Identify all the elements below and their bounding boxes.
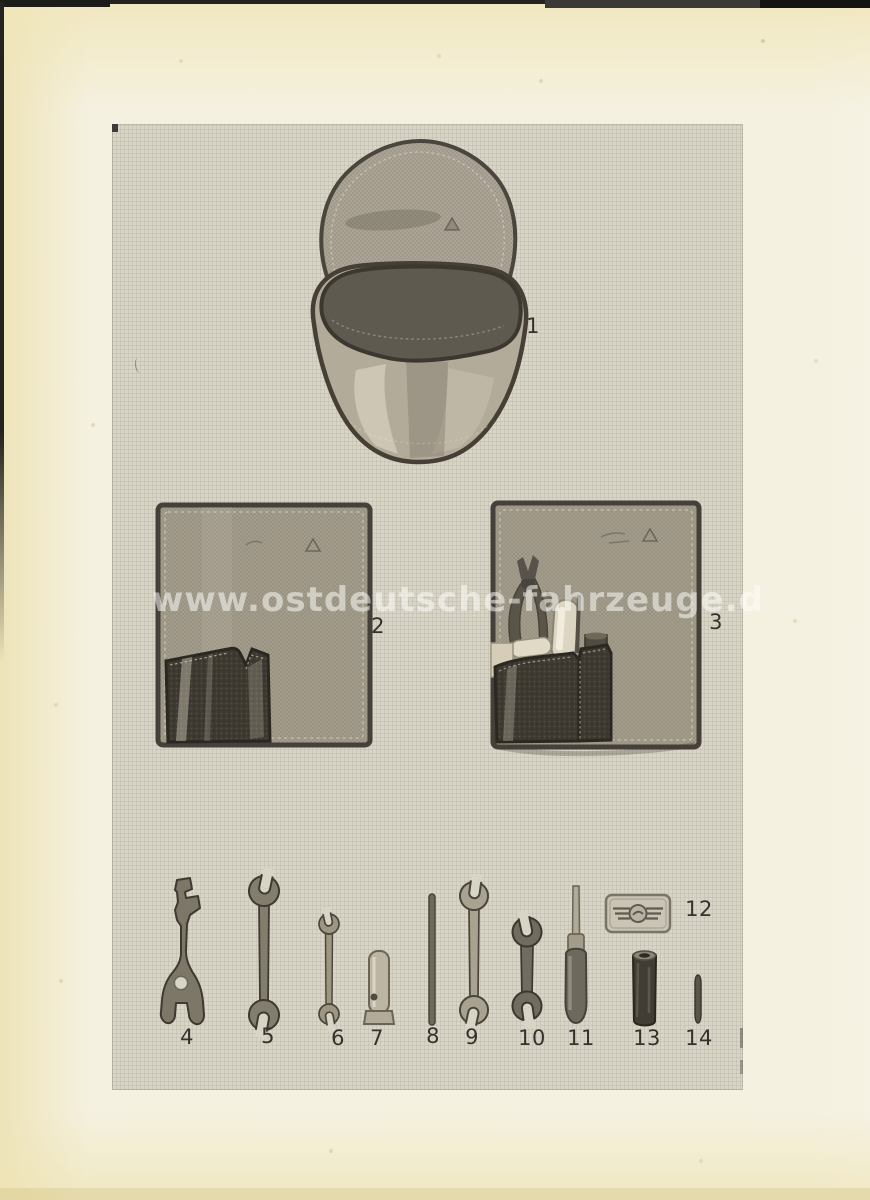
- item-5-large-open-end-wrench: [241, 874, 288, 1032]
- item-11-screwdriver: [556, 884, 596, 1027]
- watermark-text: www.ostdeutsche-fahrzeuge.d: [152, 580, 752, 620]
- item-label-8: 8: [426, 1026, 440, 1047]
- item-label-7: 7: [370, 1028, 384, 1049]
- item-label-6: 6: [331, 1028, 345, 1049]
- item-label-4: 4: [180, 1027, 194, 1048]
- item-label-5: 5: [261, 1026, 275, 1047]
- item-label-3: 3: [709, 612, 723, 633]
- item-label-9: 9: [465, 1027, 479, 1048]
- item-10-short-open-end-wrench: [504, 916, 550, 1022]
- item-6-small-open-end-wrench: [313, 912, 346, 1026]
- paper-speckles: [0, 0, 2, 2]
- item-14-pin-punch: [691, 973, 705, 1025]
- scanned-page: www.ostdeutsche-fahrzeuge.d: [0, 0, 870, 1200]
- item-13-socket-tube: [628, 947, 660, 1031]
- item-label-10: 10: [518, 1028, 546, 1049]
- item-label-2: 2: [371, 616, 385, 637]
- scan-edge-top-left: [0, 0, 110, 7]
- item-label-13: 13: [633, 1028, 661, 1049]
- item-3-tool-roll-filled-photo: [483, 495, 718, 760]
- scan-edge-left: [0, 2, 4, 662]
- item-label-12: 12: [685, 899, 713, 920]
- item-9-open-end-wrench: [451, 880, 497, 1026]
- winged-logo-icon: [613, 905, 663, 922]
- item-label-14: 14: [685, 1028, 713, 1049]
- item-4-flat-multi-spanner: [153, 876, 211, 1031]
- item-1-oval-tool-pouch-photo: [298, 138, 542, 468]
- plate-corner-mark: [112, 124, 118, 132]
- pouch-inner-flap: [321, 266, 520, 360]
- item-label-11: 11: [567, 1028, 595, 1049]
- item-8-tommy-bar: [425, 891, 439, 1028]
- plate-edge-mark: [740, 1028, 743, 1048]
- pouch-pocket: [166, 648, 270, 742]
- item-label-1: 1: [526, 316, 540, 337]
- plate-edge-mark: [740, 1060, 743, 1074]
- scan-edge-bottom: [0, 1188, 870, 1200]
- scan-edge-top-right-dark: [760, 0, 870, 8]
- item-12-logo-tin: [603, 892, 675, 936]
- item-2-tool-roll-empty-photo: [150, 497, 378, 753]
- item-7-tube-socket-wrench: [362, 947, 396, 1027]
